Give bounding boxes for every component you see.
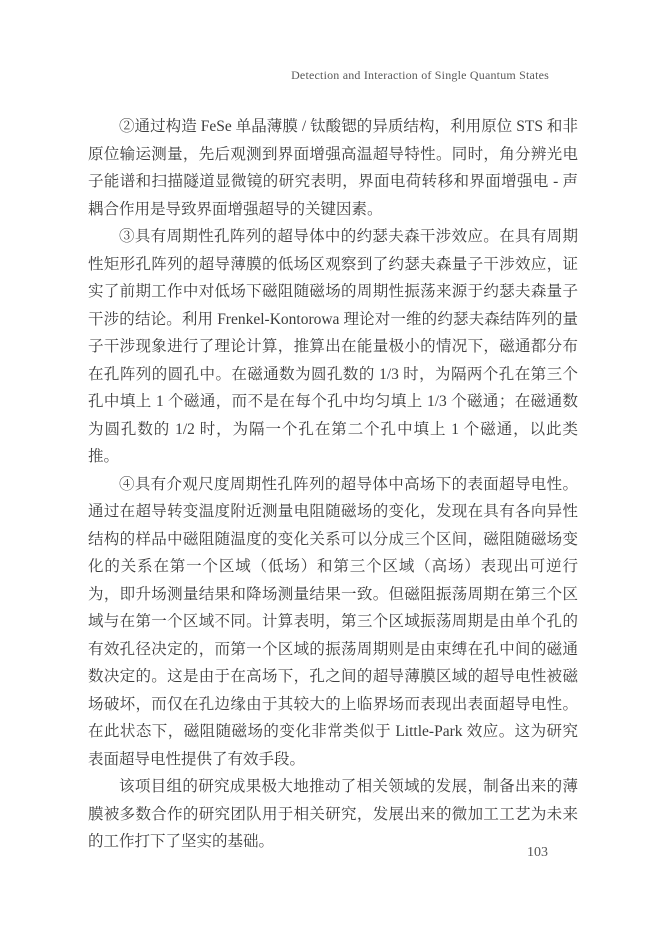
paragraph-4-surface-superconductivity: ④具有介观尺度周期性孔阵列的超导体中高场下的表面超导电性。通过在超导转变温度附近… [88,471,578,774]
body-text: ②通过构造 FeSe 单晶薄膜 / 钛酸锶的异质结构，利用原位 STS 和非原位… [88,113,578,856]
page-number: 103 [527,845,548,861]
paragraph-closing-summary: 该项目组的研究成果极大地推动了相关领域的发展，制备出来的薄膜被多数合作的研究团队… [88,773,578,856]
running-header: Detection and Interaction of Single Quan… [88,68,549,83]
paragraph-3-josephson-interference: ③具有周期性孔阵列的超导体中的约瑟夫森干涉效应。在具有周期性矩形孔阵列的超导薄膜… [88,223,578,471]
document-page: Detection and Interaction of Single Quan… [0,0,666,930]
paragraph-2-fese-heterostructure: ②通过构造 FeSe 单晶薄膜 / 钛酸锶的异质结构，利用原位 STS 和非原位… [88,113,578,223]
